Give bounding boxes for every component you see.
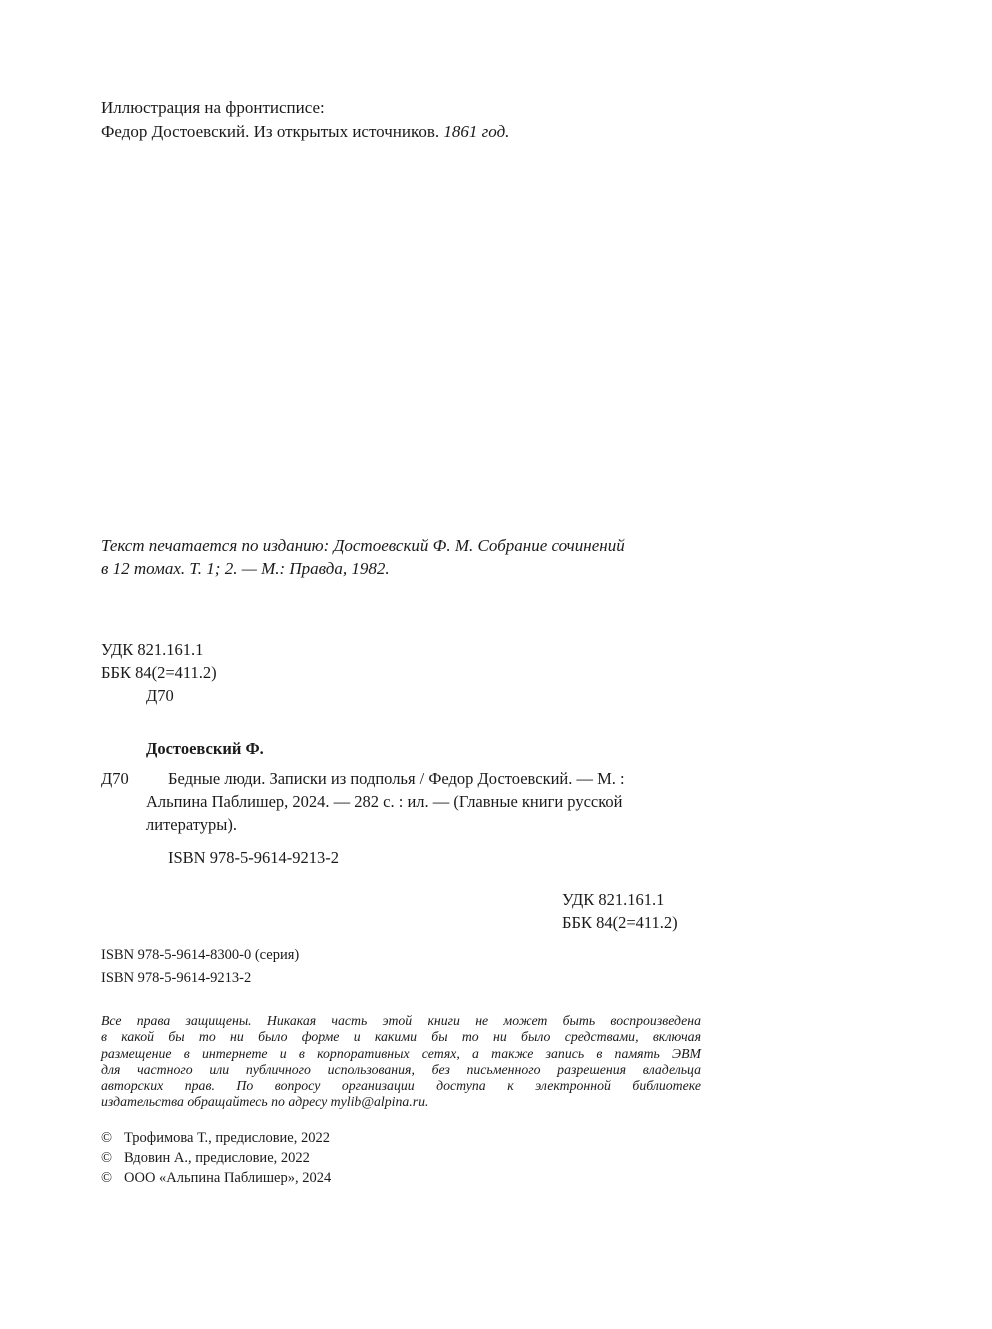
rights-line: Все права защищены. Никакая часть этой к… bbox=[101, 1013, 701, 1029]
bbk-top: ББК 84(2=411.2) bbox=[101, 661, 217, 685]
isbn-series: ISBN 978-5-9614-8300-0 (серия) bbox=[101, 944, 299, 966]
copyright-row: ©Трофимова Т., предисловие, 2022 bbox=[101, 1128, 330, 1148]
rights-line: авторских прав. По вопросу организации д… bbox=[101, 1078, 701, 1094]
copyright-row: ©Вдовин А., предисловие, 2022 bbox=[101, 1148, 310, 1168]
copyright-row: ©ООО «Альпина Паблишер», 2024 bbox=[101, 1168, 331, 1188]
source-note-line-2: в 12 томах. Т. 1; 2. — М.: Правда, 1982. bbox=[101, 557, 390, 581]
copyright-text: ООО «Альпина Паблишер», 2024 bbox=[124, 1170, 331, 1186]
catalog-author: Достоевский Ф. bbox=[146, 737, 264, 761]
copyright-text: Трофимова Т., предисловие, 2022 bbox=[124, 1130, 330, 1146]
isbn-book: ISBN 978-5-9614-9213-2 bbox=[101, 967, 251, 989]
copyright-icon: © bbox=[101, 1128, 124, 1148]
copyright-icon: © bbox=[101, 1168, 124, 1188]
rights-line: для частного или публичного использовани… bbox=[101, 1062, 701, 1078]
frontispiece-caption: Федор Достоевский. Из открытых источнико… bbox=[101, 120, 509, 144]
udk-top: УДК 821.161.1 bbox=[101, 638, 203, 662]
frontispiece-label: Иллюстрация на фронтисписе: bbox=[101, 96, 325, 120]
rights-notice: Все права защищены. Никакая часть этой к… bbox=[101, 1013, 701, 1111]
frontispiece-caption-main: Федор Достоевский. Из открытых источнико… bbox=[101, 122, 439, 141]
catalog-line-2: Альпина Паблишер, 2024. — 282 с. : ил. —… bbox=[146, 790, 623, 814]
catalog-isbn: ISBN 978-5-9614-9213-2 bbox=[168, 846, 339, 870]
catalog-line-3: литературы). bbox=[146, 813, 237, 837]
source-note-line-1: Текст печатается по изданию: Достоевский… bbox=[101, 534, 625, 558]
frontispiece-caption-year: 1861 год. bbox=[443, 122, 509, 141]
rights-line: в какой бы то ни было форме и какими бы … bbox=[101, 1029, 701, 1045]
bbk-bottom: ББК 84(2=411.2) bbox=[562, 911, 678, 935]
catalog-line-1: Бедные люди. Записки из подполья / Федор… bbox=[168, 767, 625, 791]
rights-line: издательства обращайтесь по адресу mylib… bbox=[101, 1094, 701, 1110]
rights-line: размещение в интернете и в корпоративных… bbox=[101, 1046, 701, 1062]
udk-bottom: УДК 821.161.1 bbox=[562, 888, 664, 912]
author-mark-top: Д70 bbox=[146, 684, 174, 708]
copyright-text: Вдовин А., предисловие, 2022 bbox=[124, 1150, 310, 1166]
copyright-icon: © bbox=[101, 1148, 124, 1168]
catalog-mark: Д70 bbox=[101, 767, 129, 791]
